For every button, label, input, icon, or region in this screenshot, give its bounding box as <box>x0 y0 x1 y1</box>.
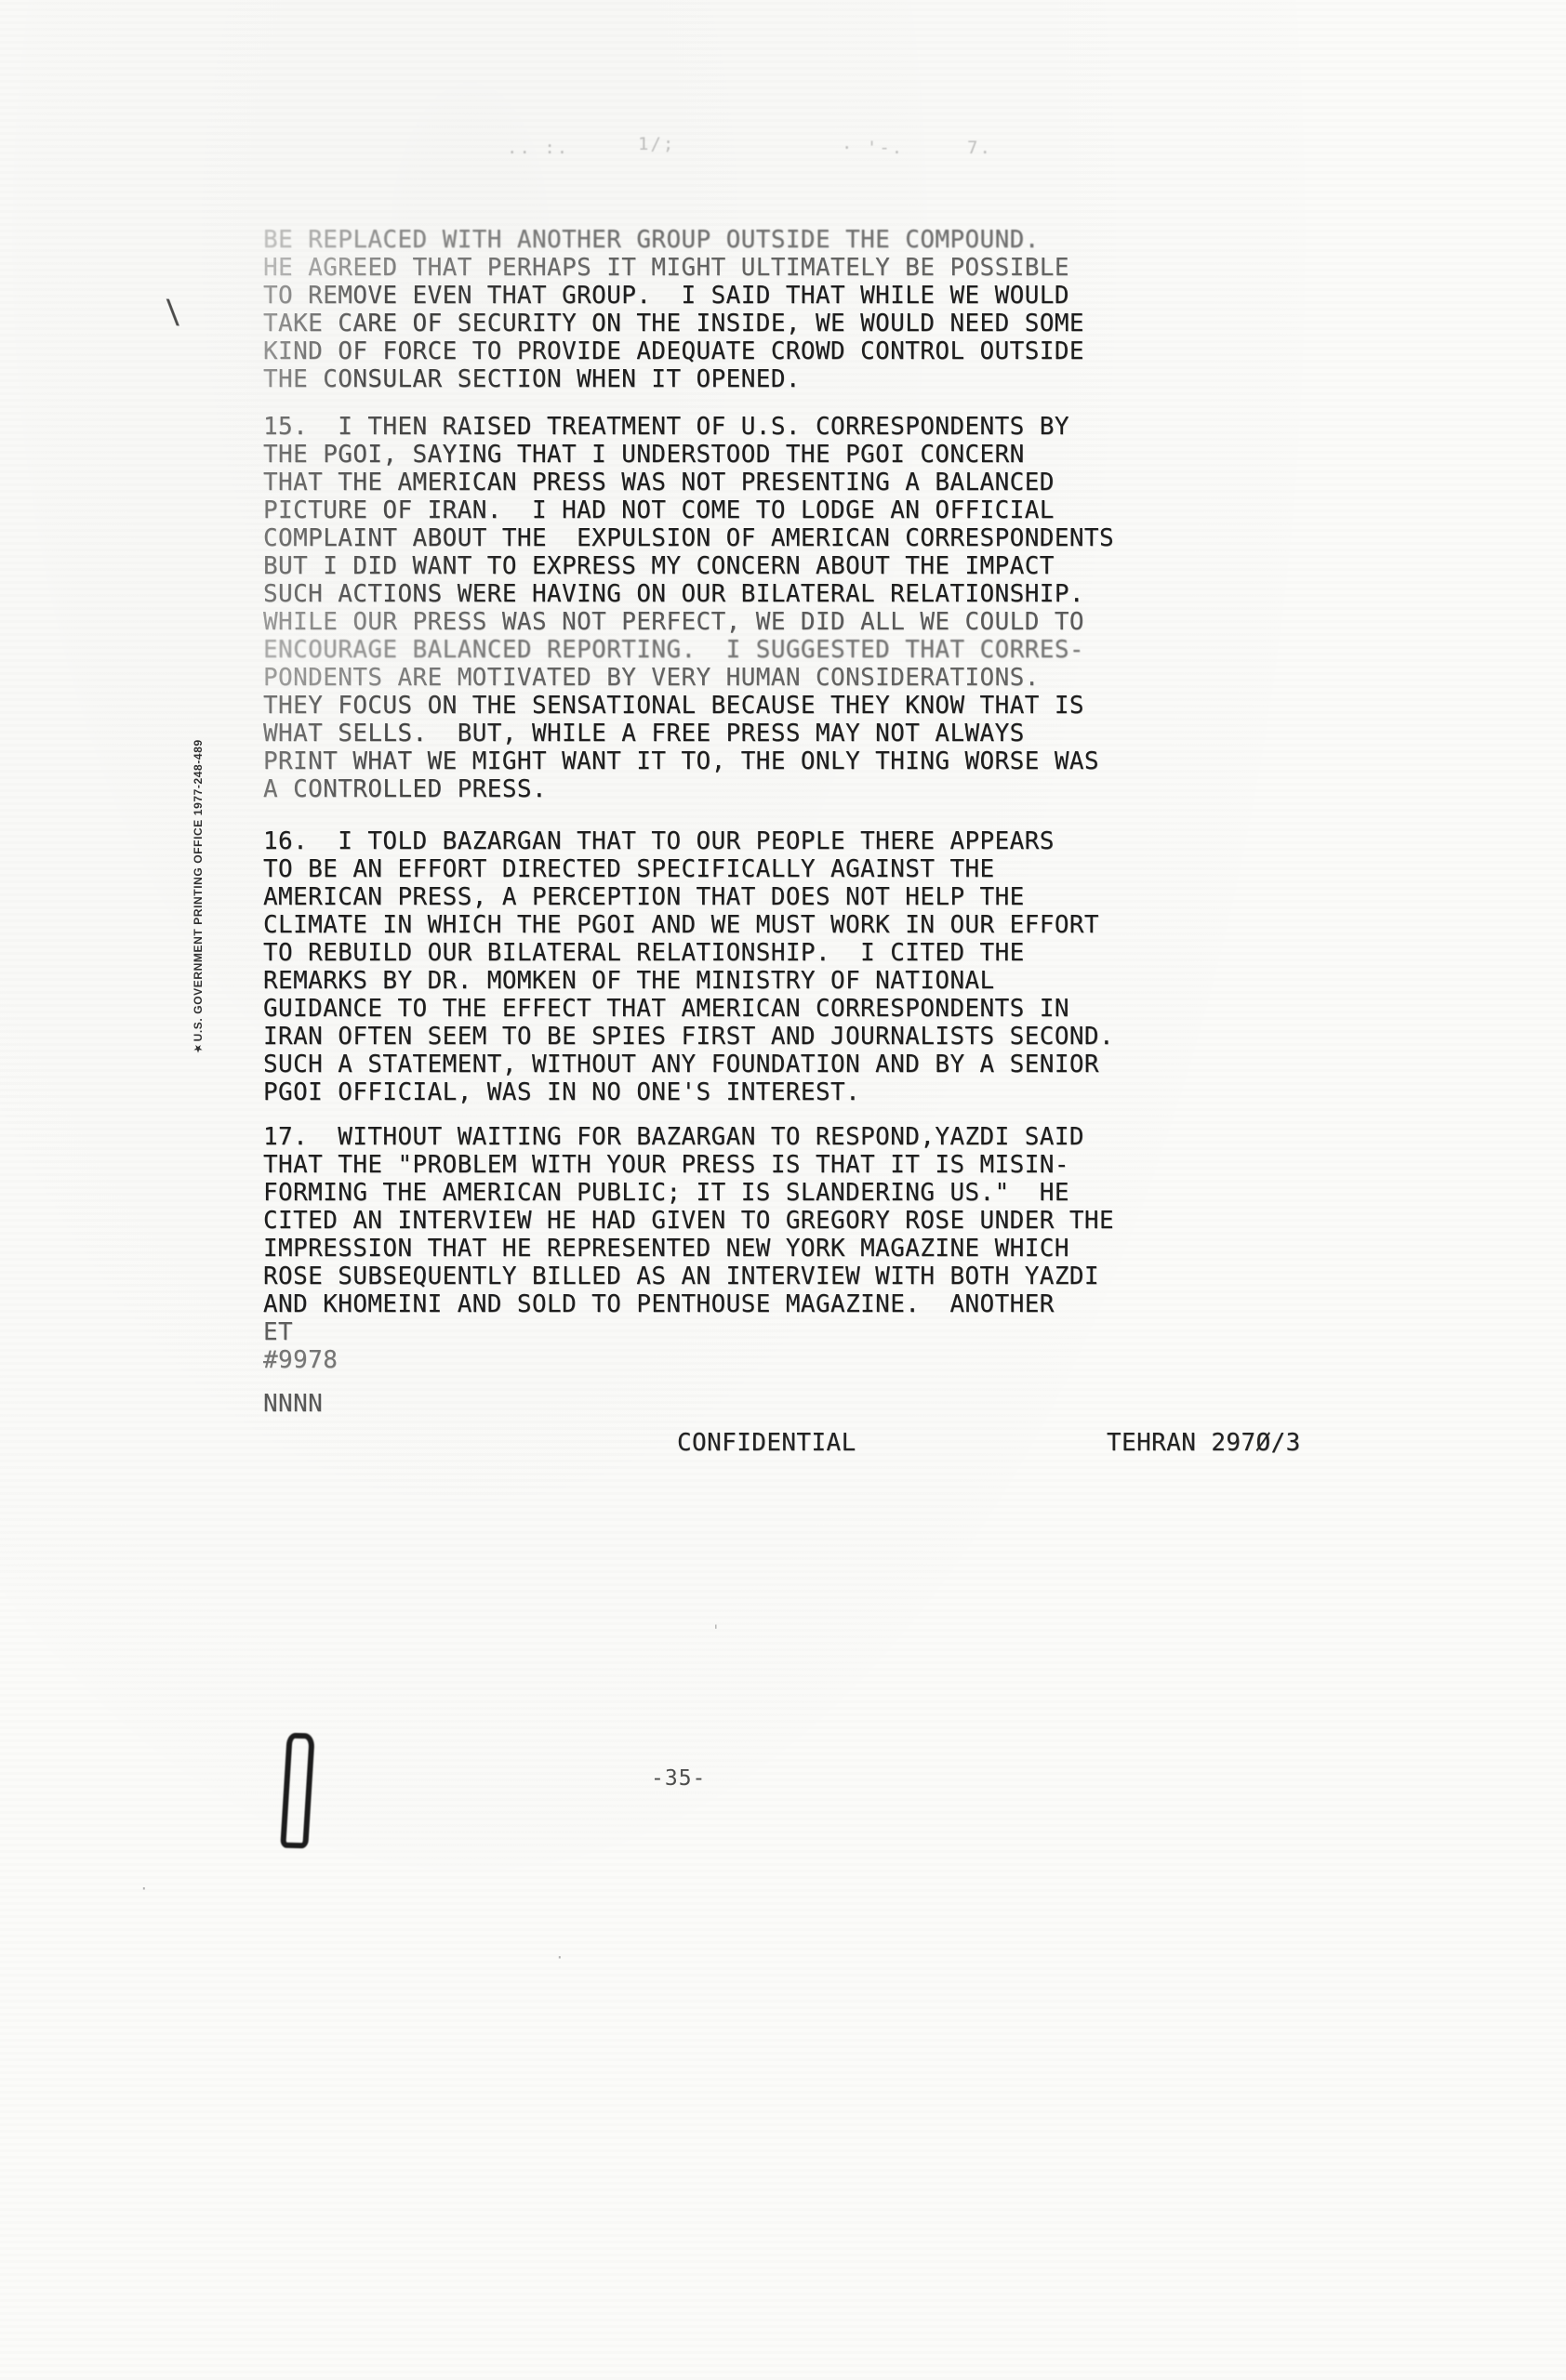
cable-reference: TEHRAN 297Ø/3 <box>1107 1429 1301 1457</box>
text-line: IMPRESSION THAT HE REPRESENTED NEW YORK … <box>263 1235 1114 1263</box>
text-line: TO REMOVE EVEN THAT GROUP. I SAID THAT W… <box>263 282 1084 310</box>
printing-office-margin-note: ★U.S. GOVERNMENT PRINTING OFFICE 1977-24… <box>192 600 205 1055</box>
scan-artifact: .. :. <box>507 138 569 158</box>
stray-pen-mark: \ <box>163 293 184 331</box>
text-line: PICTURE OF IRAN. I HAD NOT COME TO LODGE… <box>263 496 1114 524</box>
text-line: TO REBUILD OUR BILATERAL RELATIONSHIP. I… <box>263 939 1114 967</box>
text-line: KIND OF FORCE TO PROVIDE ADEQUATE CROWD … <box>263 337 1084 365</box>
scan-speck: · <box>555 1949 564 1966</box>
scan-artifact: 1/; <box>638 134 675 154</box>
text-line: CITED AN INTERVIEW HE HAD GIVEN TO GREGO… <box>263 1207 1114 1235</box>
text-line: HE AGREED THAT PERHAPS IT MIGHT ULTIMATE… <box>263 254 1084 282</box>
text-line: THE CONSULAR SECTION WHEN IT OPENED. <box>263 365 1084 393</box>
page-number: -35- <box>651 1766 706 1791</box>
text-line: #9978 <box>263 1346 1114 1374</box>
text-line: BUT I DID WANT TO EXPRESS MY CONCERN ABO… <box>263 552 1114 580</box>
text-line: WHILE OUR PRESS WAS NOT PERFECT, WE DID … <box>263 608 1114 636</box>
scan-speck: · <box>139 1880 149 1897</box>
text-line: TAKE CARE OF SECURITY ON THE INSIDE, WE … <box>263 310 1084 337</box>
scanned-cable-page: .. :. 1/; · '-. 7. \ BE REPLACED WITH AN… <box>0 0 1566 2380</box>
text-line: 17. WITHOUT WAITING FOR BAZARGAN TO RESP… <box>263 1123 1114 1151</box>
text-line: AND KHOMEINI AND SOLD TO PENTHOUSE MAGAZ… <box>263 1290 1114 1318</box>
paragraph-16: 16. I TOLD BAZARGAN THAT TO OUR PEOPLE T… <box>263 827 1114 1106</box>
text-line: IRAN OFTEN SEEM TO BE SPIES FIRST AND JO… <box>263 1023 1114 1051</box>
paragraph-14-fragment: BE REPLACED WITH ANOTHER GROUP OUTSIDE T… <box>263 226 1084 393</box>
paragraph-17: 17. WITHOUT WAITING FOR BAZARGAN TO RESP… <box>263 1123 1114 1374</box>
text-line: THAT THE "PROBLEM WITH YOUR PRESS IS THA… <box>263 1151 1114 1179</box>
text-line: THEY FOCUS ON THE SENSATIONAL BECAUSE TH… <box>263 692 1114 720</box>
text-line: SUCH A STATEMENT, WITHOUT ANY FOUNDATION… <box>263 1051 1114 1078</box>
text-line: TO BE AN EFFORT DIRECTED SPECIFICALLY AG… <box>263 855 1114 883</box>
scan-artifact: 7. <box>967 138 992 158</box>
text-line: COMPLAINT ABOUT THE EXPULSION OF AMERICA… <box>263 524 1114 552</box>
text-line: WHAT SELLS. BUT, WHILE A FREE PRESS MAY … <box>263 720 1114 747</box>
text-line: GUIDANCE TO THE EFFECT THAT AMERICAN COR… <box>263 995 1114 1023</box>
text-line: PGOI OFFICIAL, WAS IN NO ONE'S INTEREST. <box>263 1078 1114 1106</box>
text-line: FORMING THE AMERICAN PUBLIC; IT IS SLAND… <box>263 1179 1114 1207</box>
text-line: 16. I TOLD BAZARGAN THAT TO OUR PEOPLE T… <box>263 827 1114 855</box>
text-line: PONDENTS ARE MOTIVATED BY VERY HUMAN CON… <box>263 664 1114 692</box>
scan-speck: ' <box>711 1621 721 1639</box>
text-line: ROSE SUBSEQUENTLY BILLED AS AN INTERVIEW… <box>263 1263 1114 1290</box>
text-line: THAT THE AMERICAN PRESS WAS NOT PRESENTI… <box>263 469 1114 496</box>
text-line: AMERICAN PRESS, A PERCEPTION THAT DOES N… <box>263 883 1114 911</box>
classification-footer: CONFIDENTIAL <box>677 1429 856 1457</box>
text-line: 15. I THEN RAISED TREATMENT OF U.S. CORR… <box>263 413 1114 441</box>
text-line: REMARKS BY DR. MOMKEN OF THE MINISTRY OF… <box>263 967 1114 995</box>
text-line: CLIMATE IN WHICH THE PGOI AND WE MUST WO… <box>263 911 1114 939</box>
scan-artifact: · '-. <box>842 138 904 158</box>
text-line: ENCOURAGE BALANCED REPORTING. I SUGGESTE… <box>263 636 1114 664</box>
text-line: A CONTROLLED PRESS. <box>263 775 1114 803</box>
text-line: THE PGOI, SAYING THAT I UNDERSTOOD THE P… <box>263 441 1114 469</box>
paragraph-15: 15. I THEN RAISED TREATMENT OF U.S. CORR… <box>263 413 1114 803</box>
cable-terminator: NNNN <box>263 1390 323 1418</box>
text-line: BE REPLACED WITH ANOTHER GROUP OUTSIDE T… <box>263 226 1084 254</box>
text-line: SUCH ACTIONS WERE HAVING ON OUR BILATERA… <box>263 580 1114 608</box>
text-line: PRINT WHAT WE MIGHT WANT IT TO, THE ONLY… <box>263 747 1114 775</box>
text-line: ET <box>263 1318 1114 1346</box>
ink-blob-mark <box>280 1733 315 1849</box>
